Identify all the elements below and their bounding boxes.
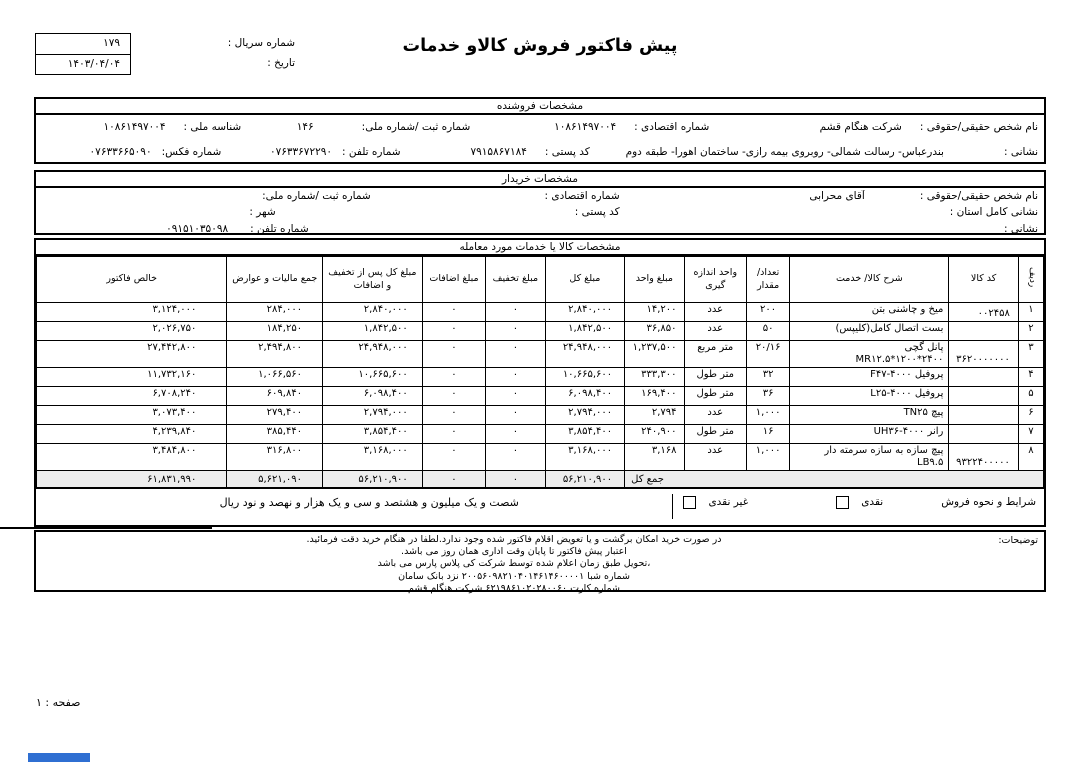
item-unit-price-cell: ۳۳۳,۳۰۰ (625, 368, 684, 387)
seller-postal-field: کد پستی : ۷۹۱۵۸۶۷۱۸۴ (401, 146, 590, 158)
item-discount-cell: ۰ (486, 406, 545, 425)
serial-date-box: ۱۷۹ ۱۴۰۳/۰۴/۰۴ (35, 33, 131, 75)
cash-label: نقدی (861, 496, 883, 508)
item-total-cell: ۲,۸۴۰,۰۰۰ (545, 303, 625, 322)
buyer-address-field: نشانی : (620, 223, 1038, 235)
item-unit-cell: متر طول (684, 387, 746, 406)
item-code-cell: ۳۶۲۰۰۰۰۰۰۰ (949, 341, 1018, 368)
item-row-cell: ۵ (1018, 387, 1043, 406)
item-qty-cell: ۳۲ (746, 368, 789, 387)
item-unit-cell: عدد (684, 303, 746, 322)
item-after-cell: ۲,۸۴۰,۰۰۰ (323, 303, 423, 322)
item-after-cell: ۲۴,۹۴۸,۰۰۰ (323, 341, 423, 368)
notes-lines: در صورت خرید امکان برگشت و یا تعویض اقلا… (36, 532, 992, 590)
terms-divider (672, 494, 673, 519)
col-header-total: مبلغ کل (545, 257, 625, 303)
cash-checkbox[interactable] (836, 496, 849, 509)
item-row: ۸۹۳۲۲۴۰۰۰۰۰پیچ سازه به سازه سرمته دارLB۹… (37, 444, 1044, 471)
item-additions-cell: ۰ (422, 368, 485, 387)
buyer-city-field: شهر : (42, 206, 371, 218)
item-code-cell: ۰۰۲۴۵۸ (949, 303, 1018, 322)
item-tax-cell: ۲۷۹,۴۰۰ (227, 406, 323, 425)
buyer-name-field: نام شخص حقیقی/حقوقی : آقای محرابی (620, 190, 1038, 202)
buyer-economic-field: شماره اقتصادی : (371, 190, 620, 202)
item-unit-cell: متر مربع (684, 341, 746, 368)
item-code-cell (949, 368, 1018, 387)
buyer-postal-field: کد پستی : (371, 206, 620, 218)
seller-row-2: نشانی : بندرعباس- رسالت شمالی- روبروی بی… (36, 140, 1044, 165)
item-total-cell: ۲۴,۹۴۸,۰۰۰ (545, 341, 625, 368)
buyer-section-title: مشخصات خریدار (36, 172, 1044, 188)
item-total-cell: ۳,۱۶۸,۰۰۰ (545, 444, 625, 471)
item-net-cell: ۲۷,۴۴۲,۸۰۰ (37, 341, 227, 368)
item-qty-cell: ۲۰۰ (746, 303, 789, 322)
item-net-cell: ۳,۰۷۳,۴۰۰ (37, 406, 227, 425)
item-net-cell: ۳,۴۸۴,۸۰۰ (37, 444, 227, 471)
item-total-cell: ۲,۷۹۴,۰۰۰ (545, 406, 625, 425)
seller-name-field: نام شخص حقیقی/حقوقی : شرکت هنگام قشم (709, 121, 1038, 133)
item-desc-cell: پروفیل F۴۷-۴۰۰۰ (790, 368, 949, 387)
col-header-unit-price: مبلغ واحد (625, 257, 684, 303)
item-tax-cell: ۳۸۵,۴۴۰ (227, 425, 323, 444)
seller-address-field: نشانی : بندرعباس- رسالت شمالی- روبروی بی… (590, 146, 1038, 158)
col-header-row-number: ردیف (1018, 257, 1043, 303)
item-desc-cell: پانل گچیMR۱۲.۵*۱۲۰۰*۲۴۰۰ (790, 341, 949, 368)
item-after-cell: ۱,۸۴۲,۵۰۰ (323, 322, 423, 341)
item-tax-cell: ۱,۰۶۶,۵۶۰ (227, 368, 323, 387)
item-unit-price-cell: ۲۴۰,۹۰۰ (625, 425, 684, 444)
item-after-cell: ۱۰,۶۶۵,۶۰۰ (323, 368, 423, 387)
item-code-cell (949, 406, 1018, 425)
item-unit-price-cell: ۳,۱۶۸ (625, 444, 684, 471)
item-row-cell: ۲ (1018, 322, 1043, 341)
item-additions-cell: ۰ (422, 425, 485, 444)
note-line: در صورت خرید امکان برگشت و یا تعویض اقلا… (36, 534, 992, 546)
item-row: ۲بست اتصال کامل(کلیپس)۵۰عدد۳۶,۸۵۰۱,۸۴۲,۵… (37, 322, 1044, 341)
item-unit-price-cell: ۱,۲۳۷,۵۰۰ (625, 341, 684, 368)
col-header-tax: جمع مالیات و عوارض (227, 257, 323, 303)
item-row-cell: ۴ (1018, 368, 1043, 387)
item-qty-cell: ۱,۰۰۰ (746, 444, 789, 471)
item-net-cell: ۲,۰۲۶,۷۵۰ (37, 322, 227, 341)
item-unit-price-cell: ۳۶,۸۵۰ (625, 322, 684, 341)
page-number: صفحه : ۱ (36, 696, 81, 709)
col-header-additions: مبلغ اضافات (422, 257, 485, 303)
serial-value: ۱۷۹ (36, 34, 130, 54)
date-label: تاریخ : (135, 53, 295, 73)
notes-section: توضیحات: در صورت خرید امکان برگشت و یا ت… (34, 530, 1046, 592)
item-unit-cell: متر طول (684, 425, 746, 444)
note-line: شماره شبا ۲۰۰۵۶۰۹۸۲۱۰۴۰۱۴۶۱۴۶۰۰۰۰۱ نزد ب… (36, 571, 992, 583)
item-row: ۶پیچ TN۲۵۱,۰۰۰عدد۲,۷۹۴۲,۷۹۴,۰۰۰۰۰۲,۷۹۴,۰… (37, 406, 1044, 425)
item-after-cell: ۳,۱۶۸,۰۰۰ (323, 444, 423, 471)
note-line: اعتبار پیش فاکتور تا پایان وقت اداری هما… (36, 546, 992, 558)
items-tbody: ۱۰۰۲۴۵۸میخ و چاشنی بتن۲۰۰عدد۱۴,۲۰۰۲,۸۴۰,… (37, 303, 1044, 490)
col-header-description: شرح کالا/ خدمت (790, 257, 949, 303)
item-net-cell: ۱۱,۷۳۲,۱۶۰ (37, 368, 227, 387)
col-header-unit: واحد اندازه گیری (684, 257, 746, 303)
item-additions-cell: ۰ (422, 341, 485, 368)
amount-in-words: شصت و یک میلیون و هشتصد و سی و یک هزار و… (36, 496, 672, 509)
items-section-title: مشخصات کالا یا خدمات مورد معامله (36, 240, 1044, 256)
buyer-row-3: نشانی : شماره تلفن : ۰۹۱۵۱۰۳۵۰۹۸ (36, 221, 1044, 237)
seller-national-id-field: شناسه ملی : ۱۰۸۶۱۴۹۷۰۰۴ (42, 121, 241, 133)
item-tax-cell: ۲۸۴,۰۰۰ (227, 303, 323, 322)
scan-line-artifact (0, 527, 212, 529)
buyer-phone-field: شماره تلفن : ۰۹۱۵۱۰۳۵۰۹۸ (42, 223, 371, 235)
item-after-cell: ۲,۷۹۴,۰۰۰ (323, 406, 423, 425)
item-row-cell: ۳ (1018, 341, 1043, 368)
item-discount-cell: ۰ (486, 387, 545, 406)
item-discount-cell: ۰ (486, 322, 545, 341)
item-unit-price-cell: ۱۴,۲۰۰ (625, 303, 684, 322)
item-discount-cell: ۰ (486, 368, 545, 387)
item-net-cell: ۴,۲۳۹,۸۴۰ (37, 425, 227, 444)
item-unit-price-cell: ۱۶۹,۴۰۰ (625, 387, 684, 406)
item-row: ۵پروفیل L۲۵-۴۰۰۰۳۶متر طول۱۶۹,۴۰۰۶,۰۹۸,۴۰… (37, 387, 1044, 406)
item-qty-cell: ۳۶ (746, 387, 789, 406)
item-discount-cell: ۰ (486, 444, 545, 471)
item-row: ۳۳۶۲۰۰۰۰۰۰۰پانل گچیMR۱۲.۵*۱۲۰۰*۲۴۰۰۲۰/۱۶… (37, 341, 1044, 368)
seller-registration-field: شماره ثبت /شماره ملی: ۱۴۶ (241, 121, 470, 133)
item-row: ۷رانر UH۳۶-۴۰۰۰۱۶متر طول۲۴۰,۹۰۰۳,۸۵۴,۴۰۰… (37, 425, 1044, 444)
item-total-cell: ۱۰,۶۶۵,۶۰۰ (545, 368, 625, 387)
item-net-cell: ۳,۱۲۴,۰۰۰ (37, 303, 227, 322)
item-qty-cell: ۱۶ (746, 425, 789, 444)
items-header-row: ردیف کد کالا شرح کالا/ خدمت تعداد/ مقدار… (37, 257, 1044, 303)
items-table: ردیف کد کالا شرح کالا/ خدمت تعداد/ مقدار… (36, 256, 1044, 490)
item-row-cell: ۷ (1018, 425, 1043, 444)
item-total-cell: ۳,۸۵۴,۴۰۰ (545, 425, 625, 444)
terms-section: شرایط و نحوه فروش نقدی غیر نقدی شصت و یک… (34, 487, 1046, 527)
item-discount-cell: ۰ (486, 341, 545, 368)
item-row-cell: ۶ (1018, 406, 1043, 425)
item-desc-cell: میخ و چاشنی بتن (790, 303, 949, 322)
item-unit-cell: عدد (684, 444, 746, 471)
item-code-cell (949, 322, 1018, 341)
seller-section: مشخصات فروشنده نام شخص حقیقی/حقوقی : شرک… (34, 97, 1046, 164)
footer-blue-mark (28, 753, 90, 762)
noncash-checkbox[interactable] (683, 496, 696, 509)
items-section: مشخصات کالا یا خدمات مورد معامله ردیف کد… (34, 238, 1046, 492)
item-after-cell: ۶,۰۹۸,۴۰۰ (323, 387, 423, 406)
item-qty-cell: ۲۰/۱۶ (746, 341, 789, 368)
item-additions-cell: ۰ (422, 387, 485, 406)
item-net-cell: ۶,۷۰۸,۲۴۰ (37, 387, 227, 406)
col-header-after-discount: مبلغ کل پس از تخفیف و اضافات (323, 257, 423, 303)
item-discount-cell: ۰ (486, 303, 545, 322)
col-header-quantity: تعداد/ مقدار (746, 257, 789, 303)
terms-label: شرایط و نحوه فروش (941, 496, 1036, 508)
serial-date-labels: شماره سریال : تاریخ : (135, 33, 295, 73)
item-tax-cell: ۳۱۶,۸۰۰ (227, 444, 323, 471)
notes-label: توضیحات: (992, 532, 1044, 590)
item-row: ۴پروفیل F۴۷-۴۰۰۰۳۲متر طول۳۳۳,۳۰۰۱۰,۶۶۵,۶… (37, 368, 1044, 387)
item-desc-cell: رانر UH۳۶-۴۰۰۰ (790, 425, 949, 444)
item-tax-cell: ۶۰۹,۸۴۰ (227, 387, 323, 406)
item-tax-cell: ۱۸۴,۲۵۰ (227, 322, 323, 341)
buyer-province-field: نشانی کامل استان : (620, 206, 1038, 218)
seller-economic-field: شماره اقتصادی : ۱۰۸۶۱۴۹۷۰۰۴ (470, 121, 709, 133)
item-total-cell: ۶,۰۹۸,۴۰۰ (545, 387, 625, 406)
item-unit-price-cell: ۲,۷۹۴ (625, 406, 684, 425)
item-desc-cell: بست اتصال کامل(کلیپس) (790, 322, 949, 341)
seller-fax-field: شماره فکس: ۰۷۶۳۳۶۶۵۰۹۰ (42, 146, 221, 158)
item-additions-cell: ۰ (422, 444, 485, 471)
seller-section-title: مشخصات فروشنده (36, 99, 1044, 115)
item-discount-cell: ۰ (486, 425, 545, 444)
item-desc-cell: پروفیل L۲۵-۴۰۰۰ (790, 387, 949, 406)
item-code-cell: ۹۳۲۲۴۰۰۰۰۰ (949, 444, 1018, 471)
item-unit-cell: متر طول (684, 368, 746, 387)
item-row-cell: ۱ (1018, 303, 1043, 322)
item-tax-cell: ۲,۴۹۴,۸۰۰ (227, 341, 323, 368)
item-unit-cell: عدد (684, 406, 746, 425)
col-header-item-code: کد کالا (949, 257, 1018, 303)
item-qty-cell: ۱,۰۰۰ (746, 406, 789, 425)
buyer-registration-field: شماره ثبت /شماره ملی: (42, 190, 371, 202)
item-row: ۱۰۰۲۴۵۸میخ و چاشنی بتن۲۰۰عدد۱۴,۲۰۰۲,۸۴۰,… (37, 303, 1044, 322)
col-header-net: خالص فاکتور (37, 257, 227, 303)
noncash-label: غیر نقدی (708, 496, 748, 508)
note-line: ،تحویل طبق زمان اعلام شده توسط شرکت کی پ… (36, 558, 992, 570)
item-code-cell (949, 387, 1018, 406)
item-additions-cell: ۰ (422, 406, 485, 425)
item-additions-cell: ۰ (422, 322, 485, 341)
item-row-cell: ۸ (1018, 444, 1043, 471)
serial-label: شماره سریال : (135, 33, 295, 53)
col-header-discount: مبلغ تخفیف (486, 257, 545, 303)
seller-phone-field: شماره تلفن : ۰۷۶۳۳۶۷۲۲۹۰ (221, 146, 400, 158)
date-value: ۱۴۰۳/۰۴/۰۴ (36, 54, 130, 74)
item-after-cell: ۳,۸۵۴,۴۰۰ (323, 425, 423, 444)
item-total-cell: ۱,۸۴۲,۵۰۰ (545, 322, 625, 341)
note-line: شماره کارت ۶۲۱۹۸۶۱۰۲۰۲۸۰۰۶۰ شرکت هنگام ق… (36, 583, 992, 595)
item-code-cell (949, 425, 1018, 444)
item-desc-cell: پیچ سازه به سازه سرمته دارLB۹.۵ (790, 444, 949, 471)
item-qty-cell: ۵۰ (746, 322, 789, 341)
buyer-section: مشخصات خریدار نام شخص حقیقی/حقوقی : آقای… (34, 170, 1046, 235)
buyer-row-2: نشانی کامل استان : کد پستی : شهر : (36, 204, 1044, 220)
seller-row-1: نام شخص حقیقی/حقوقی : شرکت هنگام قشم شما… (36, 115, 1044, 140)
buyer-row-1: نام شخص حقیقی/حقوقی : آقای محرابی شماره … (36, 188, 1044, 204)
item-additions-cell: ۰ (422, 303, 485, 322)
item-desc-cell: پیچ TN۲۵ (790, 406, 949, 425)
item-unit-cell: عدد (684, 322, 746, 341)
